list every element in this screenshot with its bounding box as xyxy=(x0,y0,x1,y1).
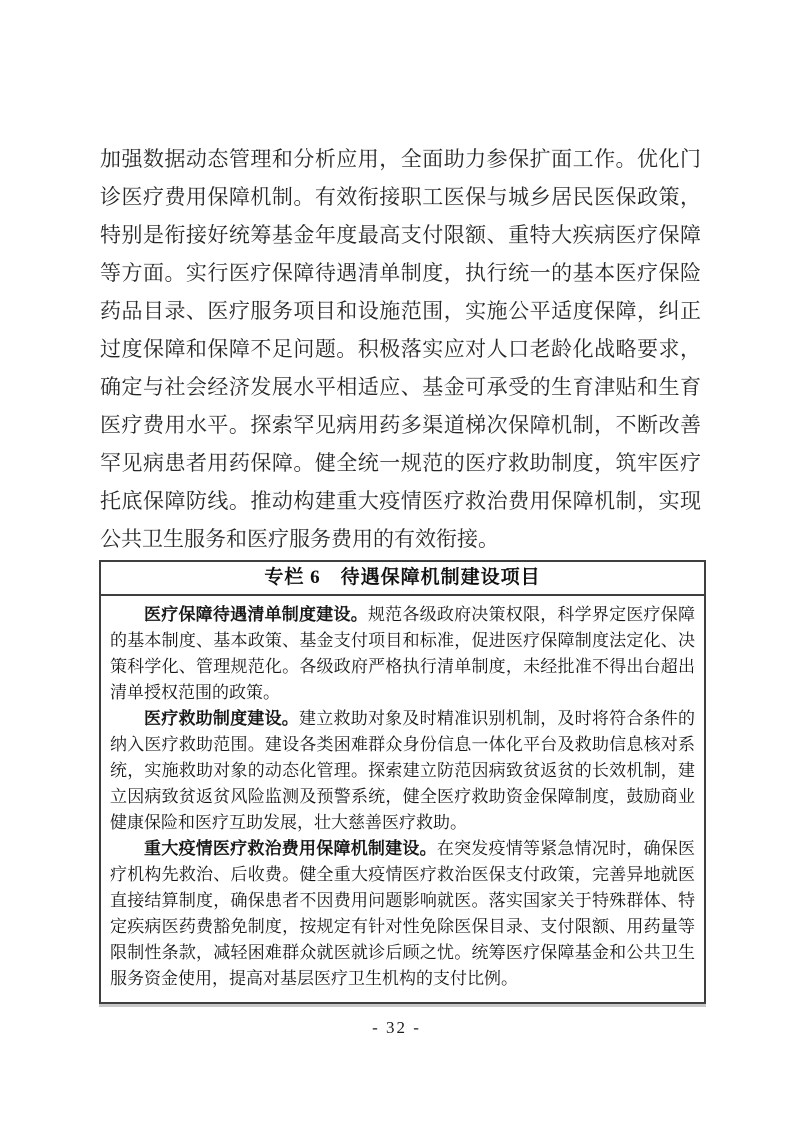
panel-paragraph: 重大疫情医疗救治费用保障机制建设。在突发疫情等紧急情况时，确保医疗机构先救治、后… xyxy=(110,836,695,992)
column-box-title: 专栏 6 待遇保障机制建设项目 xyxy=(101,562,704,596)
page-number: - 32 - xyxy=(0,1018,793,1038)
column-box-body: 医疗保障待遇清单制度建设。规范各级政府决策权限，科学界定医疗保障的基本制度、基本… xyxy=(101,596,704,1002)
panel-paragraph-lead: 医疗保障待遇清单制度建设。 xyxy=(144,605,368,624)
body-line: 公共卫生服务和医疗服务费用的有效衔接。 xyxy=(100,520,701,558)
column-box-6: 专栏 6 待遇保障机制建设项目 医疗保障待遇清单制度建设。规范各级政府决策权限，… xyxy=(99,560,706,1004)
body-line: 诊医疗费用保障机制。有效衔接职工医保与城乡居民医保政策， xyxy=(100,178,701,216)
panel-paragraph: 医疗保障待遇清单制度建设。规范各级政府决策权限，科学界定医疗保障的基本制度、基本… xyxy=(110,602,695,706)
panel-paragraph: 医疗救助制度建设。建立救助对象及时精准识别机制，及时将符合条件的纳入医疗救助范围… xyxy=(110,706,695,836)
body-line: 确定与社会经济发展水平相适应、基金可承受的生育津贴和生育 xyxy=(100,368,701,406)
body-paragraph: 加强数据动态管理和分析应用，全面助力参保扩面工作。优化门 诊医疗费用保障机制。有… xyxy=(100,140,701,558)
body-line: 过度保障和保障不足问题。积极落实应对人口老龄化战略要求， xyxy=(100,330,701,368)
body-line: 等方面。实行医疗保障待遇清单制度，执行统一的基本医疗保险 xyxy=(100,254,701,292)
panel-paragraph-text: 在突发疫情等紧急情况时，确保医疗机构先救治、后收费。健全重大疫情医疗救治医保支付… xyxy=(110,839,695,988)
body-line: 药品目录、医疗服务项目和设施范围，实施公平适度保障，纠正 xyxy=(100,292,701,330)
panel-paragraph-lead: 重大疫情医疗救治费用保障机制建设。 xyxy=(144,839,437,858)
document-page: 加强数据动态管理和分析应用，全面助力参保扩面工作。优化门 诊医疗费用保障机制。有… xyxy=(0,0,793,1122)
body-line: 加强数据动态管理和分析应用，全面助力参保扩面工作。优化门 xyxy=(100,140,701,178)
body-line: 罕见病患者用药保障。健全统一规范的医疗救助制度，筑牢医疗 xyxy=(100,444,701,482)
body-line: 托底保障防线。推动构建重大疫情医疗救治费用保障机制，实现 xyxy=(100,482,701,520)
body-line: 医疗费用水平。探索罕见病用药多渠道梯次保障机制，不断改善 xyxy=(100,406,701,444)
panel-paragraph-lead: 医疗救助制度建设。 xyxy=(144,709,299,728)
body-line: 特别是衔接好统筹基金年度最高支付限额、重特大疾病医疗保障 xyxy=(100,216,701,254)
